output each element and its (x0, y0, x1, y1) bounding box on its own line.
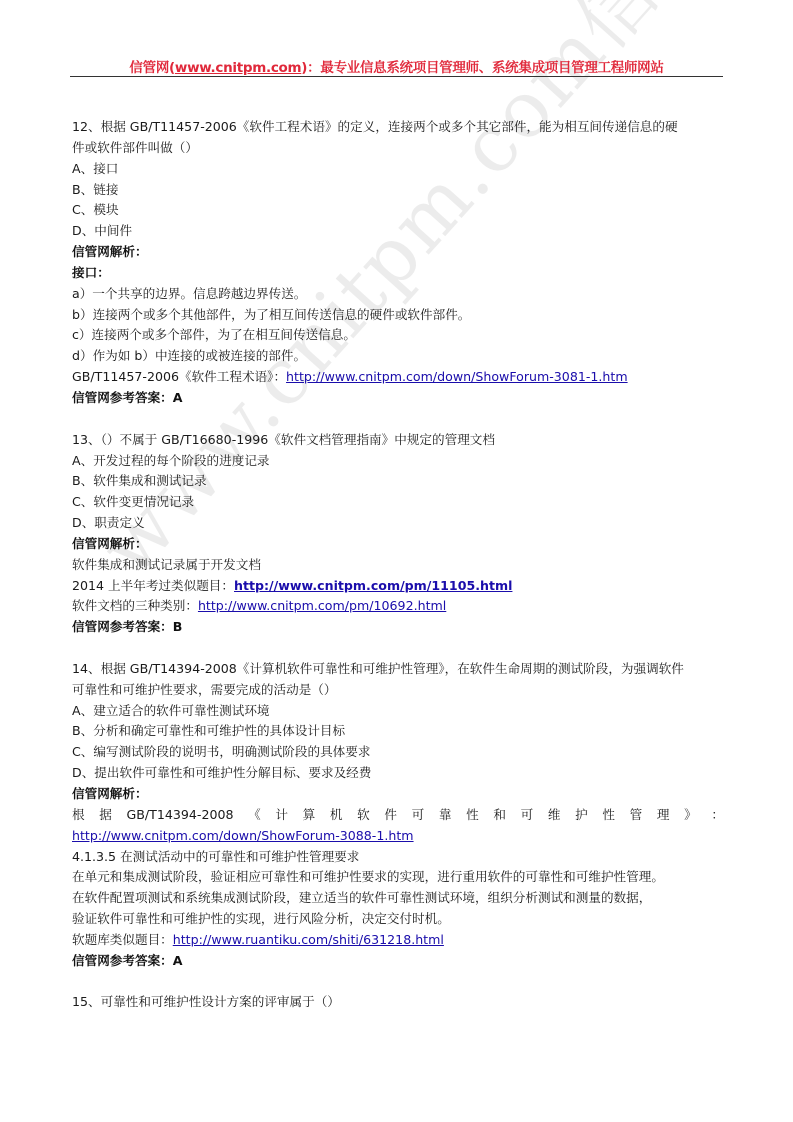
token: ： (711, 805, 724, 826)
option-a: A、接口 (72, 159, 724, 180)
doc-categories-line: 软件文档的三种类别：http://www.cnitpm.com/pm/10692… (72, 596, 724, 617)
option-b: B、分析和确定可靠性和可维护性的具体设计目标 (72, 721, 724, 742)
similar-question-line: 2014 上半年考过类似题目：http://www.cnitpm.com/pm/… (72, 576, 724, 597)
reference-link[interactable]: http://www.cnitpm.com/down/ShowForum-308… (286, 369, 628, 384)
spacer (72, 409, 724, 430)
doc-categories-link[interactable]: http://www.cnitpm.com/pm/10692.html (198, 598, 446, 613)
similar-question-prefix: 2014 上半年考过类似题目： (72, 578, 234, 593)
analysis-item-d: d）作为如 b）中连接的或被连接的部件。 (72, 346, 724, 367)
token: 软 (357, 805, 370, 826)
reference-link-line: http://www.cnitpm.com/down/ShowForum-308… (72, 826, 724, 847)
option-b: B、链接 (72, 180, 724, 201)
analysis-label: 信管网解析： (72, 534, 724, 555)
token: 理 (657, 805, 670, 826)
analysis-paragraph-2: 在软件配置项测试和系统集成测试阶段，建立适当的软件可靠性测试环境，组织分析测试和… (72, 888, 724, 909)
option-c: C、编写测试阶段的说明书，明确测试阶段的具体要求 (72, 742, 724, 763)
analysis-item-c: c）连接两个或多个部件，为了在相互间传送信息。 (72, 325, 724, 346)
analysis-label: 信管网解析： (72, 784, 724, 805)
token: 和 (493, 805, 506, 826)
reference-prefix: GB/T11457-2006《软件工程术语》： (72, 369, 286, 384)
token: 根 (72, 805, 85, 826)
analysis-item-b: b）连接两个或多个其他部件，为了相互间传送信息的硬件或软件部件。 (72, 305, 724, 326)
section-heading: 4.1.3.5 在测试活动中的可靠性和可维护性管理要求 (72, 847, 724, 868)
question-12: 12、根据 GB/T11457-2006《软件工程术语》的定义，连接两个或多个其… (72, 117, 724, 409)
token: 性 (602, 805, 615, 826)
option-d: D、职责定义 (72, 513, 724, 534)
analysis-item-a: a）一个共享的边界。信息跨越边界传送。 (72, 284, 724, 305)
token: 护 (575, 805, 588, 826)
question-15: 15、可靠性和可维护性设计方案的评审属于（） (72, 992, 724, 1013)
token: 性 (466, 805, 479, 826)
reference-link[interactable]: http://www.cnitpm.com/down/ShowForum-308… (72, 828, 414, 843)
similar-question-link[interactable]: http://www.ruantiku.com/shiti/631218.htm… (173, 932, 444, 947)
question-14: 14、根据 GB/T14394-2008《计算机软件可靠性和可维护性管理》，在软… (72, 659, 724, 972)
token: 据 (99, 805, 112, 826)
token: 维 (548, 805, 561, 826)
token: 计 (275, 805, 288, 826)
option-d: D、提出软件可靠性和可维护性分解目标、要求及经费 (72, 763, 724, 784)
header-tagline: )：最专业信息系统项目管理师、系统集成项目管理工程师网站 (301, 60, 663, 76)
analysis-subhead: 接口： (72, 263, 724, 284)
analysis-text: 软件集成和测试记录属于开发文档 (72, 555, 724, 576)
question-stem: 13、（）不属于 GB/T16680-1996《软件文档管理指南》中规定的管理文… (72, 430, 724, 451)
token: 件 (384, 805, 397, 826)
standard-reference-justified: 根 据 GB/T14394-2008 《 计 算 机 软 件 可 靠 性 和 可… (72, 805, 724, 826)
token: 》 (684, 805, 697, 826)
token: 可 (412, 805, 425, 826)
analysis-label: 信管网解析： (72, 242, 724, 263)
token: 靠 (439, 805, 452, 826)
question-stem-cont: 可靠性和可维护性要求，需要完成的活动是（） (72, 680, 724, 701)
question-13: 13、（）不属于 GB/T16680-1996《软件文档管理指南》中规定的管理文… (72, 430, 724, 638)
token: 算 (303, 805, 316, 826)
answer-label: 信管网参考答案：A (72, 388, 724, 409)
header-divider (70, 76, 723, 77)
answer-label: 信管网参考答案：B (72, 617, 724, 638)
token: 可 (521, 805, 534, 826)
similar-question-prefix: 软题库类似题目： (72, 932, 173, 947)
option-a: A、开发过程的每个阶段的进度记录 (72, 451, 724, 472)
question-stem: 14、根据 GB/T14394-2008《计算机软件可靠性和可维护性管理》，在软… (72, 659, 724, 680)
question-stem-cont: 件或软件部件叫做（） (72, 138, 724, 159)
similar-question-link[interactable]: http://www.cnitpm.com/pm/11105.html (234, 578, 512, 593)
analysis-paragraph-1: 在单元和集成测试阶段，验证相应可靠性和可维护性要求的实现，进行重用软件的可靠性和… (72, 867, 724, 888)
spacer (72, 638, 724, 659)
token: 《 (248, 805, 261, 826)
question-stem: 15、可靠性和可维护性设计方案的评审属于（） (72, 992, 724, 1013)
question-stem: 12、根据 GB/T11457-2006《软件工程术语》的定义，连接两个或多个其… (72, 117, 724, 138)
token: 机 (330, 805, 343, 826)
spacer (72, 972, 724, 993)
analysis-paragraph-2-cont: 验证软件可靠性和可维护性的实现，进行风险分析，决定交付时机。 (72, 909, 724, 930)
doc-categories-prefix: 软件文档的三种类别： (72, 598, 198, 613)
token: 管 (630, 805, 643, 826)
similar-question-line: 软题库类似题目：http://www.ruantiku.com/shiti/63… (72, 930, 724, 951)
token: GB/T14394-2008 (127, 805, 234, 826)
header-site-link[interactable]: www.cnitpm.com (175, 60, 301, 76)
header-site-name: 信管网( (129, 60, 174, 76)
reference-line: GB/T11457-2006《软件工程术语》：http://www.cnitpm… (72, 367, 724, 388)
option-c: C、模块 (72, 200, 724, 221)
page-header: 信管网(www.cnitpm.com)：最专业信息系统项目管理师、系统集成项目管… (70, 56, 723, 76)
option-a: A、建立适合的软件可靠性测试环境 (72, 701, 724, 722)
answer-label: 信管网参考答案：A (72, 951, 724, 972)
option-c: C、软件变更情况记录 (72, 492, 724, 513)
document-body: 12、根据 GB/T11457-2006《软件工程术语》的定义，连接两个或多个其… (72, 117, 724, 1013)
option-d: D、中间件 (72, 221, 724, 242)
option-b: B、软件集成和测试记录 (72, 471, 724, 492)
